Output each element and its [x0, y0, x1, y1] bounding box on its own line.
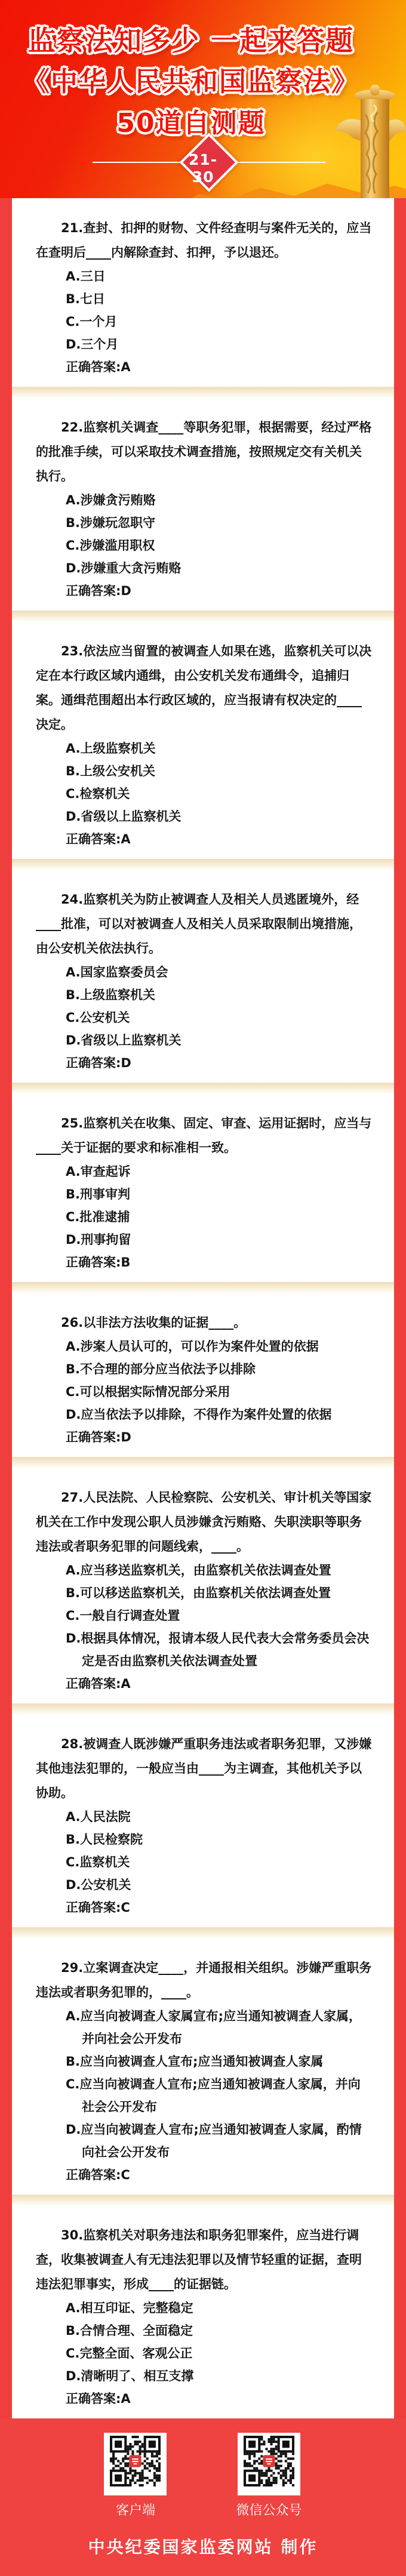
question-option: C.监察机关 [66, 1851, 373, 1874]
question-range-text: 21-30 [180, 151, 226, 186]
question-option: C.应当向被调查人宣布;应当通知被调查人家属，并向社会公开发布 [66, 2073, 373, 2118]
question-stem: 25.监察机关在收集、固定、审查、运用证据时，应当与____关于证据的要求和标准… [36, 1111, 373, 1160]
section-divider [12, 2195, 394, 2205]
question-option: B.可以移送监察机关，由监察机关依法调查处置 [66, 1582, 373, 1604]
question-option: D.根据具体情况，报请本级人民代表大会常务委员会决定是否由监察机关依法调查处置 [66, 1627, 373, 1672]
answer-line: 正确答案:D [66, 1426, 373, 1449]
question-option: D.清晰明了、相互支撑 [66, 2365, 373, 2387]
question-option: D.公安机关 [66, 1874, 373, 1896]
wechat-qr-code-icon [238, 2433, 300, 2495]
qr-item-app: 客户端 [104, 2433, 167, 2519]
question-option: A.人民法院 [66, 1805, 373, 1828]
qr-item-wechat: 微信公众号 [236, 2433, 302, 2519]
question-stem: 21.查封、扣押的财物、文件经查明与案件无关的，应当在查明后____内解除查封、… [36, 216, 373, 265]
question-option: B.上级监察机关 [66, 984, 373, 1006]
qr-label-wechat: 微信公众号 [236, 2500, 302, 2519]
question-block: 22.监察机关调查____等职务犯罪，根据需要，经过严格的批准手续，可以采取技术… [12, 398, 394, 611]
question-block: 21.查封、扣押的财物、文件经查明与案件无关的，应当在查明后____内解除查封、… [12, 198, 394, 387]
question-option: B.刑事审判 [66, 1183, 373, 1206]
question-option: C.完整全面、客观公正 [66, 2342, 373, 2365]
question-card: 21.查封、扣押的财物、文件经查明与案件无关的，应当在查明后____内解除查封、… [12, 198, 394, 2418]
question-option: C.可以根据实际情况部分采用 [66, 1381, 373, 1403]
question-option: A.涉案人员认可的，可以作为案件处置的依据 [66, 1335, 373, 1358]
question-option: D.刑事拘留 [66, 1228, 373, 1251]
question-option: B.人民检察院 [66, 1828, 373, 1851]
question-option: C.检察机关 [66, 782, 373, 805]
answer-line: 正确答案:D [66, 580, 373, 602]
question-option: C.涉嫌滥用职权 [66, 534, 373, 557]
question-option: B.合情合理、全面稳定 [66, 2319, 373, 2342]
answer-line: 正确答案:A [66, 1672, 373, 1695]
quiz-poster: 监察法知多少 一起来答题 《中华人民共和国监察法》 50道自测题 21-30 2… [0, 0, 406, 2576]
question-option: A.应当移送监察机关，由监察机关依法调查处置 [66, 1559, 373, 1582]
section-divider [12, 1282, 394, 1293]
answer-line: 正确答案:A [66, 828, 373, 851]
question-block: 24.监察机关为防止被调查人及相关人员逃匿境外，经____批准，可以对被调查人及… [12, 870, 394, 1083]
header-banner: 监察法知多少 一起来答题 《中华人民共和国监察法》 50道自测题 21-30 [0, 0, 406, 198]
question-option: B.不合理的部分应当依法予以排除 [66, 1358, 373, 1381]
section-divider [12, 1927, 394, 1938]
section-divider [12, 611, 394, 621]
answer-line: 正确答案:A [66, 2387, 373, 2410]
answer-line: 正确答案:C [66, 2164, 373, 2186]
question-option: C.一般自行调查处置 [66, 1604, 373, 1627]
section-divider [12, 1703, 394, 1714]
question-stem: 30.监察机关对职务违法和职务犯罪案件，应当进行调查，收集被调查人有无违法犯罪以… [36, 2223, 373, 2297]
question-stem: 22.监察机关调查____等职务犯罪，根据需要，经过严格的批准手续，可以采取技术… [36, 415, 373, 489]
answer-line: 正确答案:A [66, 356, 373, 378]
section-divider [12, 859, 394, 870]
answer-line: 正确答案:D [66, 1052, 373, 1074]
section-divider [12, 1083, 394, 1093]
question-option: A.审查起诉 [66, 1160, 373, 1183]
question-block: 30.监察机关对职务违法和职务犯罪案件，应当进行调查，收集被调查人有无违法犯罪以… [12, 2205, 394, 2418]
question-stem: 27.人民法院、人民检察院、公安机关、审计机关等国家机关在工作中发现公职人员涉嫌… [36, 1486, 373, 1559]
question-option: C.一个月 [66, 310, 373, 333]
question-option: B.上级公安机关 [66, 760, 373, 782]
question-option: B.涉嫌玩忽职守 [66, 511, 373, 534]
poster-title-line2: 《中华人民共和国监察法》 [0, 60, 382, 98]
qr-row: 客户端 微信公众号 [0, 2433, 406, 2519]
question-block: 27.人民法院、人民检察院、公安机关、审计机关等国家机关在工作中发现公职人员涉嫌… [12, 1468, 394, 1703]
question-block: 26.以非法方法收集的证据____。 A.涉案人员认可的，可以作为案件处置的依据… [12, 1293, 394, 1457]
question-block: 29.立案调查决定____，并通报相关组织。涉嫌严重职务违法或者职务犯罪的，__… [12, 1938, 394, 2195]
question-stem: 24.监察机关为防止被调查人及相关人员逃匿境外，经____批准，可以对被调查人及… [36, 888, 373, 961]
app-qr-code-icon [104, 2433, 167, 2495]
question-option: D.省级以上监察机关 [66, 1029, 373, 1052]
question-option: D.应当向被调查人宣布;应当通知被调查人家属，酌情向社会公开发布 [66, 2118, 373, 2164]
question-option: B.应当向被调查人宣布;应当通知被调查人家属 [66, 2050, 373, 2073]
question-stem: 29.立案调查决定____，并通报相关组织。涉嫌严重职务违法或者职务犯罪的，__… [36, 1956, 373, 2005]
credit-line: 中央纪委国家监委网站 制作 [0, 2534, 406, 2558]
answer-line: 正确答案:C [66, 1896, 373, 1919]
footer: 客户端 微信公众号 中央纪委国家监委网站 制作 [0, 2418, 406, 2576]
question-option: C.批准逮捕 [66, 1206, 373, 1228]
question-stem: 26.以非法方法收集的证据____。 [36, 1311, 373, 1335]
question-stem: 23.依法应当留置的被调查人如果在逃，监察机关可以决定在本行政区域内通缉，由公安… [36, 639, 373, 737]
question-option: A.涉嫌贪污贿赂 [66, 489, 373, 511]
question-option: D.涉嫌重大贪污贿赂 [66, 557, 373, 580]
question-option: A.三日 [66, 265, 373, 288]
question-option: D.三个月 [66, 333, 373, 356]
poster-title-line1: 监察法知多少 一起来答题 [0, 19, 382, 58]
question-option: A.相互印证、完整稳定 [66, 2297, 373, 2319]
answer-line: 正确答案:B [66, 1251, 373, 1274]
question-option: D.应当依法予以排除，不得作为案件处置的依据 [66, 1403, 373, 1426]
qr-label-app: 客户端 [104, 2500, 167, 2519]
question-block: 23.依法应当留置的被调查人如果在逃，监察机关可以决定在本行政区域内通缉，由公安… [12, 621, 394, 859]
poster-title-line3: 50道自测题 [0, 101, 382, 140]
quiz-content: 21.查封、扣押的财物、文件经查明与案件无关的，应当在查明后____内解除查封、… [0, 198, 406, 2418]
section-divider [12, 1457, 394, 1468]
question-option: C.公安机关 [66, 1006, 373, 1029]
question-block: 28.被调查人既涉嫌严重职务违法或者职务犯罪，又涉嫌其他违法犯罪的，一般应当由_… [12, 1714, 394, 1927]
question-option: A.应当向被调查人家属宣布;应当通知被调查人家属，并向社会公开发布 [66, 2005, 373, 2050]
question-option: D.省级以上监察机关 [66, 805, 373, 828]
section-divider [12, 387, 394, 398]
question-option: B.七日 [66, 288, 373, 310]
question-option: A.上级监察机关 [66, 737, 373, 760]
question-block: 25.监察机关在收集、固定、审查、运用证据时，应当与____关于证据的要求和标准… [12, 1093, 394, 1282]
question-stem: 28.被调查人既涉嫌严重职务违法或者职务犯罪，又涉嫌其他违法犯罪的，一般应当由_… [36, 1732, 373, 1805]
question-option: A.国家监察委员会 [66, 961, 373, 984]
